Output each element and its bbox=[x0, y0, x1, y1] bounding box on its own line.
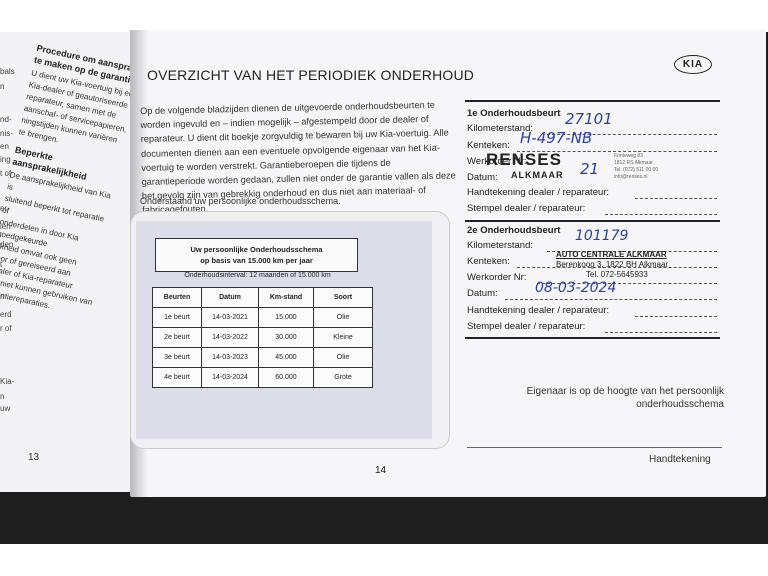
schema-interval: Onderhoudsinterval: 12 maanden of 15.000… bbox=[165, 272, 350, 279]
service-2-handwritten-km: 101179 bbox=[575, 228, 628, 244]
signature-label: Handtekening bbox=[649, 454, 711, 465]
left-page-content: Procedure om aanspraak te maken op de ga… bbox=[0, 42, 146, 321]
table-row: 4e beurt 14-03-2024 60.000 Grote bbox=[153, 368, 373, 388]
service-2-stamp-label: Stempel dealer / reparateur: bbox=[467, 321, 585, 332]
column-header: Datum bbox=[202, 288, 259, 308]
owner-acknowledgement: Eigenaar is op de hoogte van het persoon… bbox=[474, 385, 724, 411]
schema-intro: Onderstaand uw persoonlijke onderhoudssc… bbox=[140, 196, 341, 206]
service-1-stamp-address: Fonteweg 83 1812 RS Alkmaar Tel. (072) 5… bbox=[614, 153, 658, 181]
service-1-handwritten-km: 27101 bbox=[565, 110, 613, 128]
schema-title: Uw persoonlijke Onderhoudsschema op basi… bbox=[155, 238, 358, 272]
left-page-number: 13 bbox=[28, 452, 39, 463]
table-row: 2e beurt 14-03-2022 30.000 Kleine bbox=[153, 328, 373, 348]
page-title: OVERZICHT VAN HET PERIODIEK ONDERHOUD bbox=[147, 67, 474, 83]
service-2-handwritten-date: 08-03-2024 bbox=[535, 280, 616, 296]
table-row: 3e beurt 14-03-2023 45.000 Olie bbox=[153, 348, 373, 368]
service-1-signature-label: Handtekening dealer / reparateur: bbox=[467, 187, 609, 198]
signature-line bbox=[467, 447, 722, 448]
service-1-heading: 1e Onderhoudsbeurt bbox=[467, 108, 560, 119]
divider bbox=[465, 337, 720, 339]
service-2-dealer-stamp: AUTO CENTRALE ALKMAAR Berenkoog 3, 1822 … bbox=[556, 250, 668, 280]
service-2-heading: 2e Onderhoudsbeurt bbox=[467, 225, 560, 236]
divider bbox=[465, 220, 720, 222]
service-1-handwritten-plate: H-497-NB bbox=[520, 129, 592, 147]
column-header: Beurten bbox=[153, 288, 202, 308]
right-page-number: 14 bbox=[375, 465, 386, 476]
column-header: Soort bbox=[314, 288, 373, 308]
kia-logo: KIA bbox=[674, 55, 712, 74]
divider bbox=[465, 100, 720, 102]
table-row: 1e beurt 14-03-2021 15.000 Olie bbox=[153, 308, 373, 328]
left-para-2: De aansprakelijkheid van Kia is sluitend… bbox=[0, 169, 119, 321]
service-2-signature-label: Handtekening dealer / reparateur: bbox=[467, 305, 609, 316]
maintenance-schedule-table: Beurten Datum Km-stand Soort 1e beurt 14… bbox=[152, 287, 373, 388]
service-2-workorder-label: Werkorder Nr: bbox=[467, 272, 526, 283]
left-page: Procedure om aanspraak te maken op de ga… bbox=[0, 32, 150, 492]
service-2-km-label: Kilometerstand: bbox=[467, 240, 533, 251]
service-2-date-label: Datum: bbox=[467, 288, 498, 299]
service-1-stamp-label: Stempel dealer / reparateur: bbox=[467, 203, 585, 214]
service-2-plate-label: Kenteken: bbox=[467, 256, 510, 267]
column-header: Km-stand bbox=[259, 288, 314, 308]
